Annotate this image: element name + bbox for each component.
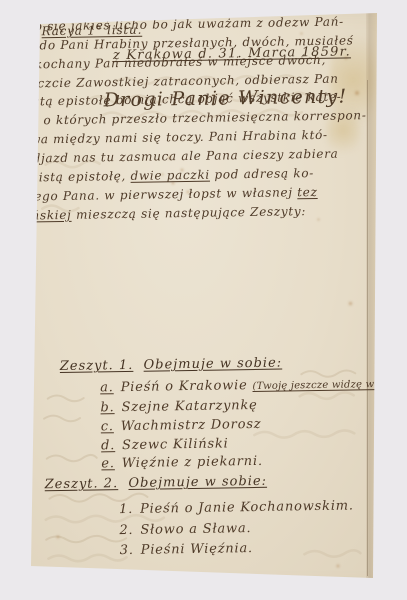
line-underlined: tez xyxy=(297,185,318,199)
zeszyt-2-subtitle: Obejmuje w sobie: xyxy=(128,474,267,491)
list-item: 2.Słowo a Sława. xyxy=(119,521,251,538)
item-note: (Twoję jeszcze widzę wieś) xyxy=(252,379,393,392)
list-item: 1.Pieśń o Janie Kochanowskim. xyxy=(119,498,354,517)
list-item: e.Więźnie z piekarni. xyxy=(101,454,263,472)
item-title: Pieśni Więźnia. xyxy=(141,541,253,558)
letter-content: Racya 1° listu. z Krakowa d. 31. Marca 1… xyxy=(0,0,407,600)
item-title: Słowo a Sława. xyxy=(140,521,251,538)
manuscript-line: u Pańskiej mieszczą się następujące Zesz… xyxy=(2,203,336,227)
item-title: Szejne Katarzynkę xyxy=(121,398,257,415)
item-label: b. xyxy=(100,400,114,415)
line-underlined: u Pańskiej xyxy=(2,208,71,223)
item-label: c. xyxy=(101,419,114,434)
list-item: a.Pieśń o Krakowie (Twoję jeszcze widzę … xyxy=(100,376,393,396)
list-item: 3.Pieśni Więźnia. xyxy=(120,541,253,558)
zeszyt-1-label: Zeszyt. 1. xyxy=(60,358,134,374)
item-title: Szewc Kiliński xyxy=(122,436,229,453)
item-label: 2. xyxy=(119,523,133,538)
line-text: i łazuistą epistołę, xyxy=(2,169,131,185)
zeszyt-2-heading: Zeszyt. 2. Obejmuje w sobie: xyxy=(45,474,268,492)
body-paragraph: Do naszej wspólnej korrespondencyi za- k… xyxy=(0,0,337,228)
manuscript-page: Racya 1° listu. z Krakowa d. 31. Marca 1… xyxy=(0,0,407,600)
item-label: d. xyxy=(101,438,115,453)
zeszyt-1-subtitle: Obejmuje w sobie: xyxy=(143,356,282,373)
line-text: mieszczą się następujące Zeszyty: xyxy=(71,204,306,222)
item-title: Pieśń o Krakowie xyxy=(121,378,253,395)
line-underlined: dwie paczki xyxy=(130,168,210,183)
line-text: pod adresą ko- xyxy=(210,166,314,182)
list-item: b.Szejne Katarzynkę xyxy=(100,398,257,415)
item-title: Pieśń o Janie Kochanowskim. xyxy=(140,498,354,516)
item-label: a. xyxy=(100,380,114,395)
item-title: Więźnie z piekarni. xyxy=(122,454,263,471)
item-title: Wachmistrz Dorosz xyxy=(121,417,262,434)
zeszyt-2-label: Zeszyt. 2. xyxy=(45,476,119,492)
line-text: Do naszej wspólnej korrespondencyi za- xyxy=(43,0,313,14)
line-text: kradło się jakieś licho bo jak uważam z … xyxy=(0,14,344,33)
item-label: 3. xyxy=(120,543,134,558)
list-item: c.Wachmistrz Dorosz xyxy=(101,417,262,435)
zeszyt-1-heading: Zeszyt. 1. Obejmuje w sobie: xyxy=(60,356,283,374)
item-label: 1. xyxy=(119,502,133,517)
item-label: e. xyxy=(101,456,115,471)
photo-background: Racya 1° listu. z Krakowa d. 31. Marca 1… xyxy=(0,0,407,600)
list-item: d.Szewc Kiliński xyxy=(101,436,229,453)
